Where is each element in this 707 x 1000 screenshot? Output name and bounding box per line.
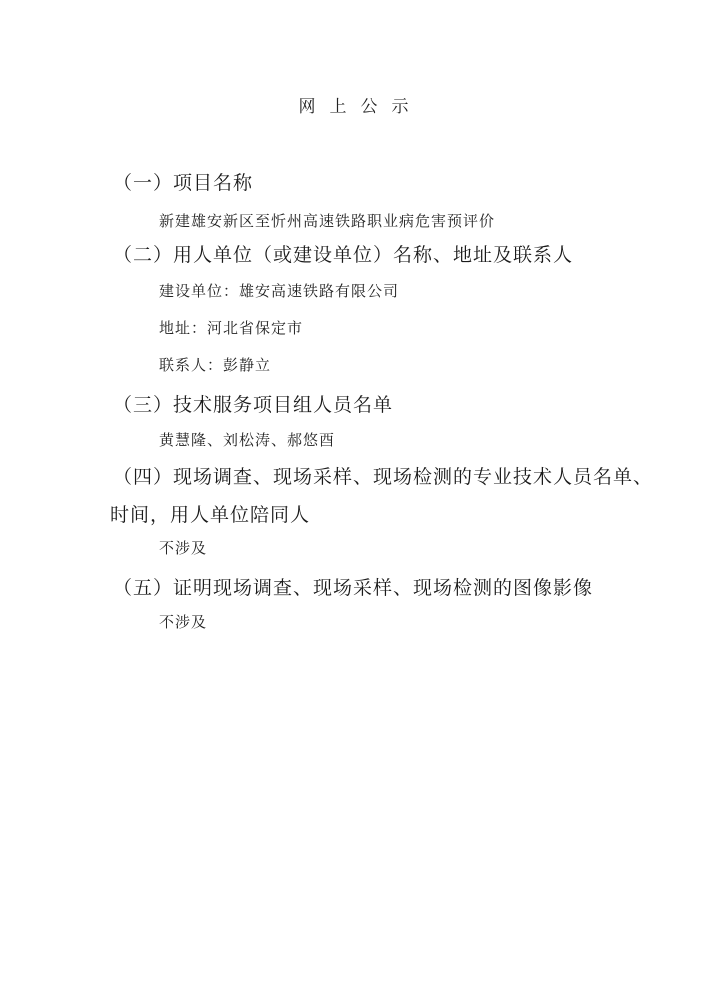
- section-4-heading-line1: （四）现场调查、现场采样、现场检测的专业技术人员名单、: [113, 462, 653, 489]
- section-5-content: 不涉及: [159, 611, 207, 632]
- construction-unit: 建设单位：雄安高速铁路有限公司: [159, 280, 399, 301]
- document-page: 网上公示 （一）项目名称 新建雄安新区至忻州高速铁路职业病危害预评价 （二）用人…: [0, 0, 707, 1000]
- address: 地址：河北省保定市: [159, 317, 303, 338]
- page-title: 网上公示: [0, 92, 707, 117]
- project-name: 新建雄安新区至忻州高速铁路职业病危害预评价: [159, 210, 495, 231]
- contact-person: 联系人：彭静立: [159, 354, 271, 375]
- section-5-heading: （五）证明现场调查、现场采样、现场检测的图像影像: [113, 573, 593, 600]
- section-3-heading: （三）技术服务项目组人员名单: [113, 390, 393, 417]
- section-4-content: 不涉及: [159, 537, 207, 558]
- section-1-heading: （一）项目名称: [113, 168, 253, 195]
- section-4-heading-line2: 时间，用人单位陪同人: [110, 500, 310, 527]
- section-2-heading: （二）用人单位（或建设单位）名称、地址及联系人: [113, 240, 573, 267]
- team-members: 黄慧隆、刘松涛、郝悠酉: [159, 429, 335, 450]
